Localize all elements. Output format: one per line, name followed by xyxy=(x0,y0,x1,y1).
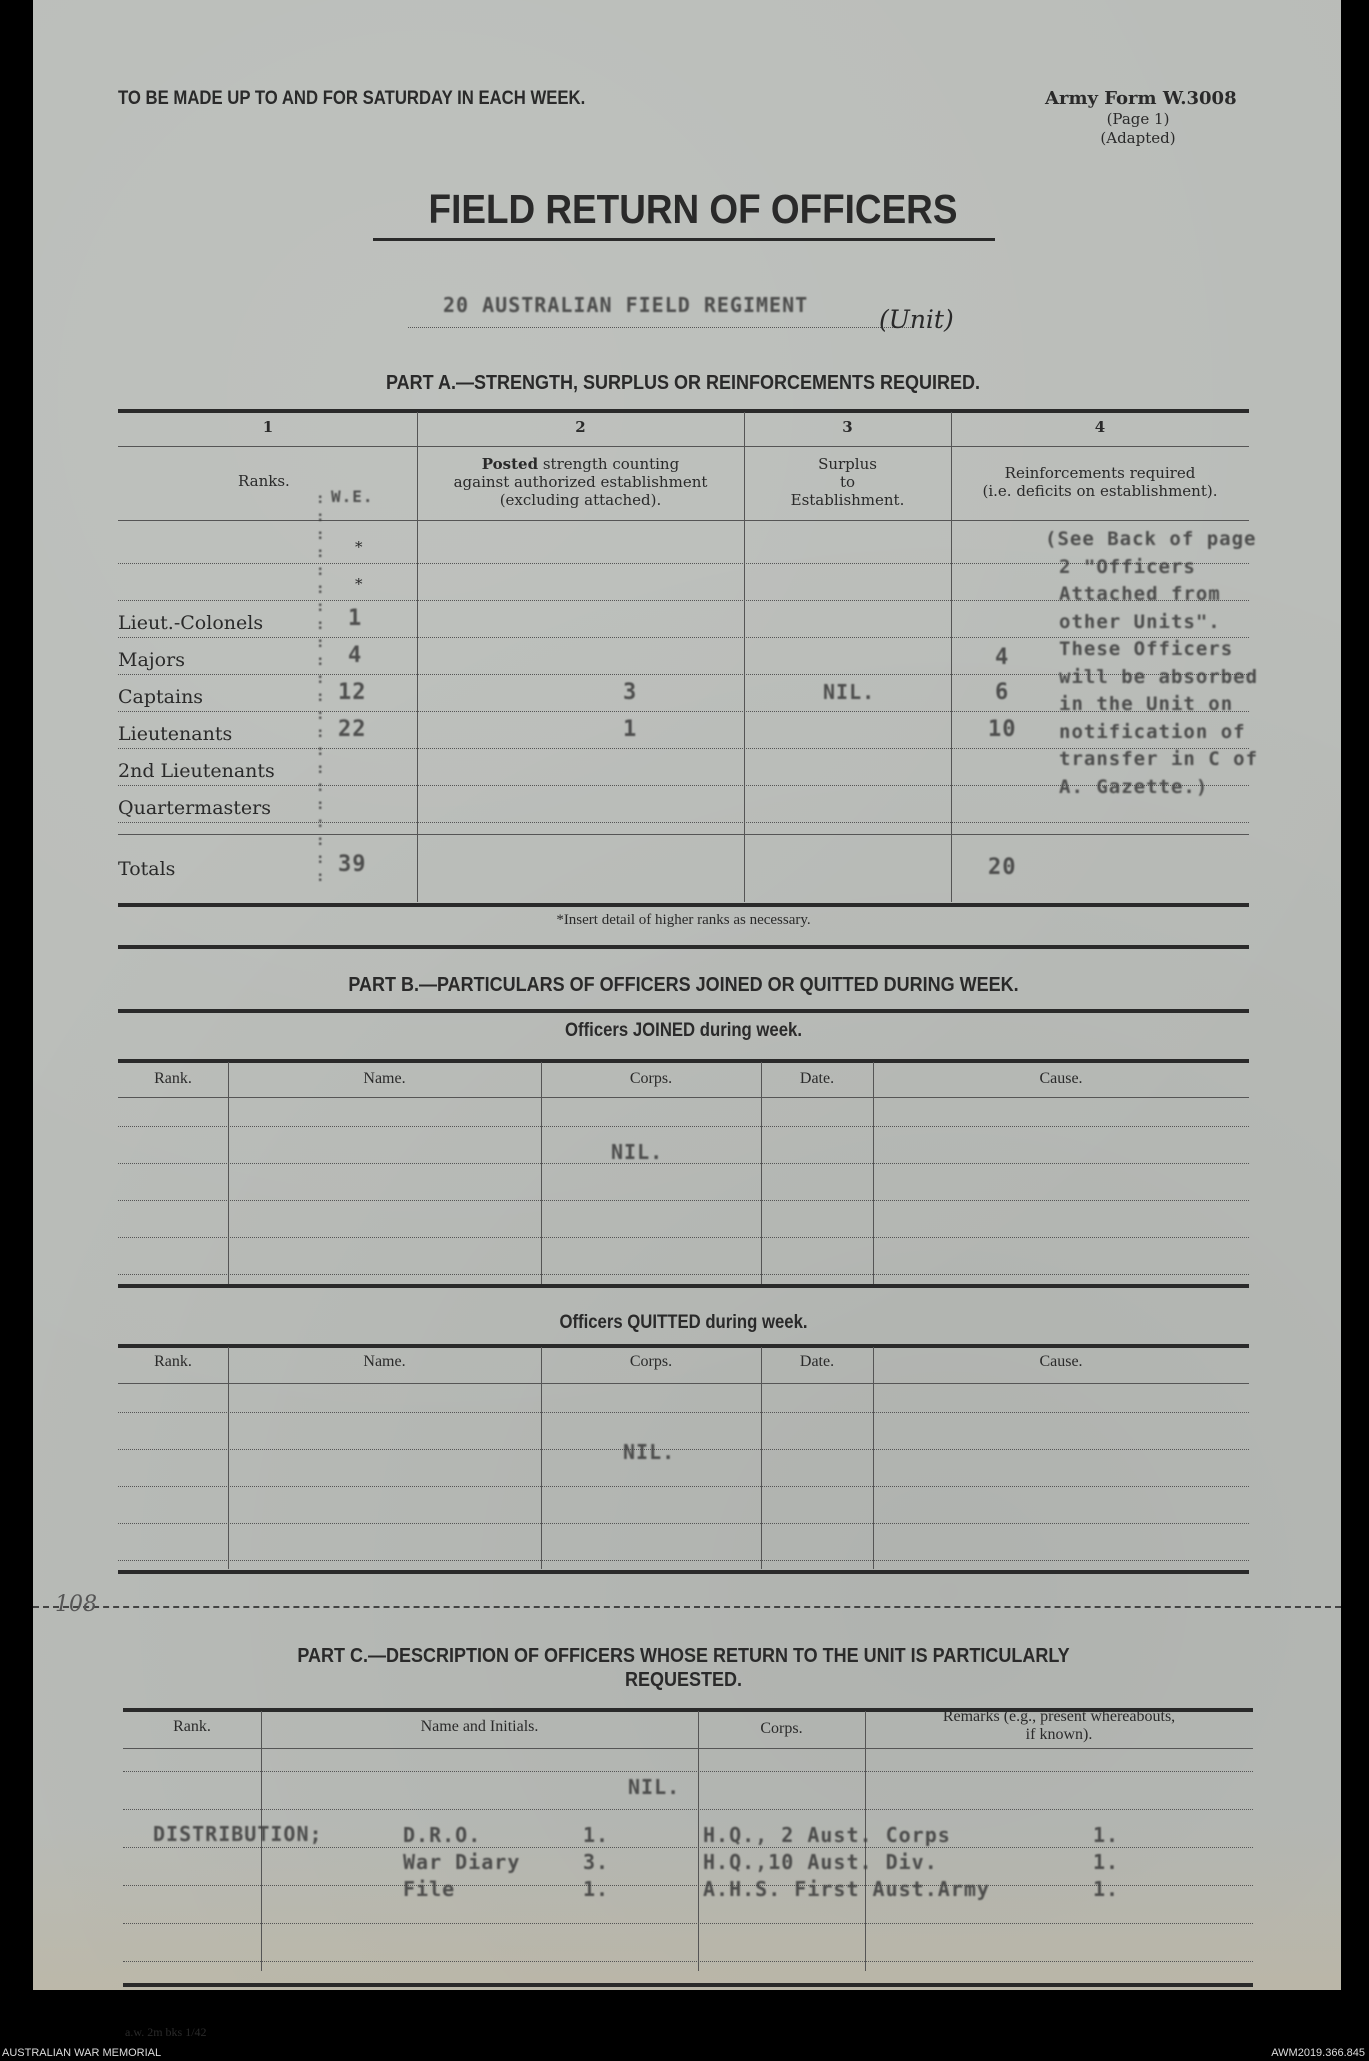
row-we: * xyxy=(355,538,363,556)
footnote: *Insert detail of higher ranks as necess… xyxy=(118,912,1249,929)
col-number-3: 3 xyxy=(744,418,951,436)
side-note-line: A. Gazette.) xyxy=(1045,774,1258,802)
row-dotted-line xyxy=(123,1961,1253,1962)
col-divider xyxy=(228,1062,229,1284)
row-dotted-line xyxy=(118,822,1249,823)
header-name: Name. xyxy=(228,1070,541,1088)
distribution-qty: 1. xyxy=(1093,1877,1119,1901)
header-surplus-2: to xyxy=(840,473,855,491)
side-note-line: Attached from xyxy=(1045,581,1258,609)
col-divider xyxy=(761,1062,762,1284)
perforation-line xyxy=(33,1606,1341,1608)
row-posted: 1 xyxy=(623,717,637,742)
side-note: (See Back of page 2 "Officers Attached f… xyxy=(1045,526,1258,801)
row-dotted-line xyxy=(118,1486,1249,1487)
header-rank: Rank. xyxy=(123,1718,261,1736)
joined-table-bottom-rule xyxy=(118,1284,1249,1288)
col-divider xyxy=(761,1347,762,1569)
unit-dotted-line xyxy=(408,327,913,328)
row-we: 22 xyxy=(338,717,367,742)
side-note-line: notification of xyxy=(1045,719,1258,747)
form-number: Army Form W.3008 xyxy=(1045,88,1237,109)
typed-colon-column: : : : : : : : : : : : : : : : : : : : : … xyxy=(316,490,326,886)
header-bottom-rule xyxy=(118,520,1249,521)
distribution-right: H.Q., 2 Aust. Corps1. H.Q.,10 Aust. Div.… xyxy=(703,1822,1119,1903)
row-reinf: 10 xyxy=(988,717,1017,742)
part-c-title: PART C.—DESCRIPTION OF OFFICERS WHOSE RE… xyxy=(175,1644,1193,1692)
header-remarks: Remarks (e.g., present whereabouts, if k… xyxy=(865,1708,1253,1744)
distribution-recipient: File xyxy=(403,1876,583,1903)
distribution-qty: 1. xyxy=(583,1877,609,1901)
rank-label: Quartermasters xyxy=(118,797,271,819)
header-reinf-2: (i.e. deficits on establishment). xyxy=(983,482,1218,500)
footer-right: AWM2019.366.845 xyxy=(1271,2047,1365,2059)
row-dotted-line xyxy=(123,1923,1253,1924)
rank-label: Lieut.-Colonels xyxy=(118,612,263,634)
row-dotted-line xyxy=(123,1771,1253,1772)
col-divider xyxy=(541,1347,542,1569)
header-posted: Posted strength counting against authori… xyxy=(417,455,744,509)
header-name-initials: Name and Initials. xyxy=(261,1718,698,1736)
joined-subtitle: Officers JOINED during week. xyxy=(186,1020,1181,1042)
row-we: 12 xyxy=(338,680,367,705)
margin-note: 108 xyxy=(55,1592,97,1617)
col-divider xyxy=(541,1062,542,1284)
distribution-item: File1. xyxy=(403,1876,609,1903)
distribution-left: D.R.O.1. War Diary3. File1. xyxy=(403,1822,609,1903)
part-c-entry: NIL. xyxy=(628,1775,680,1799)
distribution-qty: 1. xyxy=(1093,1823,1119,1847)
part-b-top-rule xyxy=(118,1009,1249,1013)
header-cause: Cause. xyxy=(873,1353,1249,1371)
row-dotted-line xyxy=(118,1523,1249,1524)
totals-reinf: 20 xyxy=(988,855,1017,880)
row-dotted-line xyxy=(118,1200,1249,1201)
header-corps: Corps. xyxy=(541,1070,761,1088)
header-corps: Corps. xyxy=(541,1353,761,1371)
quitted-entry: NIL. xyxy=(623,1440,675,1464)
distribution-recipient: War Diary xyxy=(403,1849,583,1876)
row-surplus: NIL. xyxy=(823,680,875,704)
part-b-title: PART B.—PARTICULARS OF OFFICERS JOINED O… xyxy=(175,974,1193,997)
side-note-line: will be absorbed xyxy=(1045,664,1258,692)
rank-label: Lieutenants xyxy=(118,723,232,745)
col-number-4: 4 xyxy=(951,418,1249,436)
quitted-table-top-rule xyxy=(118,1344,1249,1348)
header-date: Date. xyxy=(761,1353,873,1371)
header-reinforcements: Reinforcements required (i.e. deficits o… xyxy=(951,464,1249,500)
distribution-recipient: H.Q.,10 Aust. Div. xyxy=(703,1849,1093,1876)
rank-label: Captains xyxy=(118,686,203,708)
distribution-item: D.R.O.1. xyxy=(403,1822,609,1849)
distribution-label: DISTRIBUTION; xyxy=(153,1822,323,1846)
distribution-recipient: A.H.S. First Aust.Army xyxy=(703,1876,1093,1903)
header-corps: Corps. xyxy=(698,1720,865,1738)
side-note-line: (See Back of page xyxy=(1045,526,1258,554)
title-underline xyxy=(373,238,995,241)
header-posted-text-2: against authorized establishment xyxy=(454,473,708,491)
part-a-title: PART A.—STRENGTH, SURPLUS OR REINFORCEME… xyxy=(278,372,1088,395)
document-page: TO BE MADE UP TO AND FOR SATURDAY IN EAC… xyxy=(33,0,1341,1990)
distribution-qty: 3. xyxy=(583,1850,609,1874)
header-ranks: Ranks. xyxy=(238,472,290,490)
page-title: FIELD RETURN OF OFFICERS xyxy=(405,186,981,233)
row-we: 1 xyxy=(348,606,362,631)
header-cause: Cause. xyxy=(873,1070,1249,1088)
unit-label: (Unit) xyxy=(879,305,954,334)
part-a-bottom-rule xyxy=(118,903,1249,907)
header-rank: Rank. xyxy=(118,1070,228,1088)
header-name: Name. xyxy=(228,1353,541,1371)
rank-label: 2nd Lieutenants xyxy=(118,760,275,782)
header-posted-bold: Posted xyxy=(482,455,538,473)
part-c-title-line-2: REQUESTED. xyxy=(175,1668,1193,1692)
header-date: Date. xyxy=(761,1070,873,1088)
distribution-item: A.H.S. First Aust.Army1. xyxy=(703,1876,1119,1903)
row-dotted-line xyxy=(118,1560,1249,1561)
unit-value: 20 AUSTRALIAN FIELD REGIMENT xyxy=(443,293,808,317)
joined-table-top-rule xyxy=(118,1059,1249,1063)
col-divider xyxy=(698,1711,699,1971)
header-posted-text-1: strength counting xyxy=(538,455,679,473)
row-dotted-line xyxy=(118,1412,1249,1413)
row-reinf: 6 xyxy=(995,680,1009,705)
header-rule xyxy=(118,1097,1249,1098)
quitted-table-bottom-rule xyxy=(118,1570,1249,1574)
rank-label: Majors xyxy=(118,649,185,671)
header-surplus-3: Establishment. xyxy=(791,491,905,509)
distribution-recipient: D.R.O. xyxy=(403,1822,583,1849)
part-a-top-rule xyxy=(118,409,1249,413)
header-remarks-line-2: if known). xyxy=(865,1726,1253,1744)
distribution-qty: 1. xyxy=(583,1823,609,1847)
col-divider xyxy=(873,1062,874,1284)
distribution-qty: 1. xyxy=(1093,1850,1119,1874)
footer-left: AUSTRALIAN WAR MEMORIAL xyxy=(2,2047,161,2059)
row-dotted-line xyxy=(118,1274,1249,1275)
row-dotted-line xyxy=(118,1449,1249,1450)
distribution-item: H.Q.,10 Aust. Div.1. xyxy=(703,1849,1119,1876)
form-page: (Page 1) xyxy=(1078,110,1198,128)
row-we: 4 xyxy=(348,643,362,668)
col-number-rule xyxy=(118,446,1249,447)
print-code: a.w. 2m bks 1/42 xyxy=(125,2025,207,2040)
col-divider xyxy=(228,1347,229,1569)
header-rank: Rank. xyxy=(118,1353,228,1371)
col-number-1: 1 xyxy=(118,418,418,436)
distribution-recipient: H.Q., 2 Aust. Corps xyxy=(703,1822,1093,1849)
row-posted: 3 xyxy=(623,680,637,705)
header-posted-text-3: (excluding attached). xyxy=(500,491,662,509)
totals-label: Totals xyxy=(118,858,175,880)
header-reinf-1: Reinforcements required xyxy=(1005,464,1196,482)
header-rule xyxy=(118,1383,1249,1384)
row-reinf: 4 xyxy=(995,645,1009,670)
joined-entry: NIL. xyxy=(611,1140,663,1164)
totals-we: 39 xyxy=(338,852,367,877)
side-note-line: These Officers xyxy=(1045,636,1258,664)
quitted-subtitle: Officers QUITTED during week. xyxy=(186,1312,1181,1334)
row-we: * xyxy=(355,575,363,593)
totals-top-rule xyxy=(118,834,1249,835)
side-note-line: transfer in C of xyxy=(1045,746,1258,774)
row-dotted-line xyxy=(118,1163,1249,1164)
header-we: W.E. xyxy=(331,487,374,506)
row-dotted-line xyxy=(123,1809,1253,1810)
header-surplus-1: Surplus xyxy=(818,455,877,473)
row-dotted-line xyxy=(118,1237,1249,1238)
col-number-2: 2 xyxy=(417,418,744,436)
side-note-line: other Units". xyxy=(1045,609,1258,637)
side-note-line: 2 "Officers xyxy=(1045,554,1258,582)
header-remarks-line-1: Remarks (e.g., present whereabouts, xyxy=(865,1708,1253,1726)
row-dotted-line xyxy=(118,1126,1249,1127)
side-note-line: in the Unit on xyxy=(1045,691,1258,719)
instruction-text: TO BE MADE UP TO AND FOR SATURDAY IN EAC… xyxy=(118,88,585,110)
distribution-item: H.Q., 2 Aust. Corps1. xyxy=(703,1822,1119,1849)
col-divider xyxy=(873,1347,874,1569)
distribution-item: War Diary3. xyxy=(403,1849,609,1876)
part-c-title-line-1: PART C.—DESCRIPTION OF OFFICERS WHOSE RE… xyxy=(175,1644,1193,1668)
form-adapted: (Adapted) xyxy=(1078,129,1198,147)
part-a-footnote-rule xyxy=(118,945,1249,949)
part-c-bottom-rule xyxy=(123,1983,1253,1987)
header-surplus: Surplus to Establishment. xyxy=(744,455,951,509)
header-rule xyxy=(123,1748,1253,1749)
